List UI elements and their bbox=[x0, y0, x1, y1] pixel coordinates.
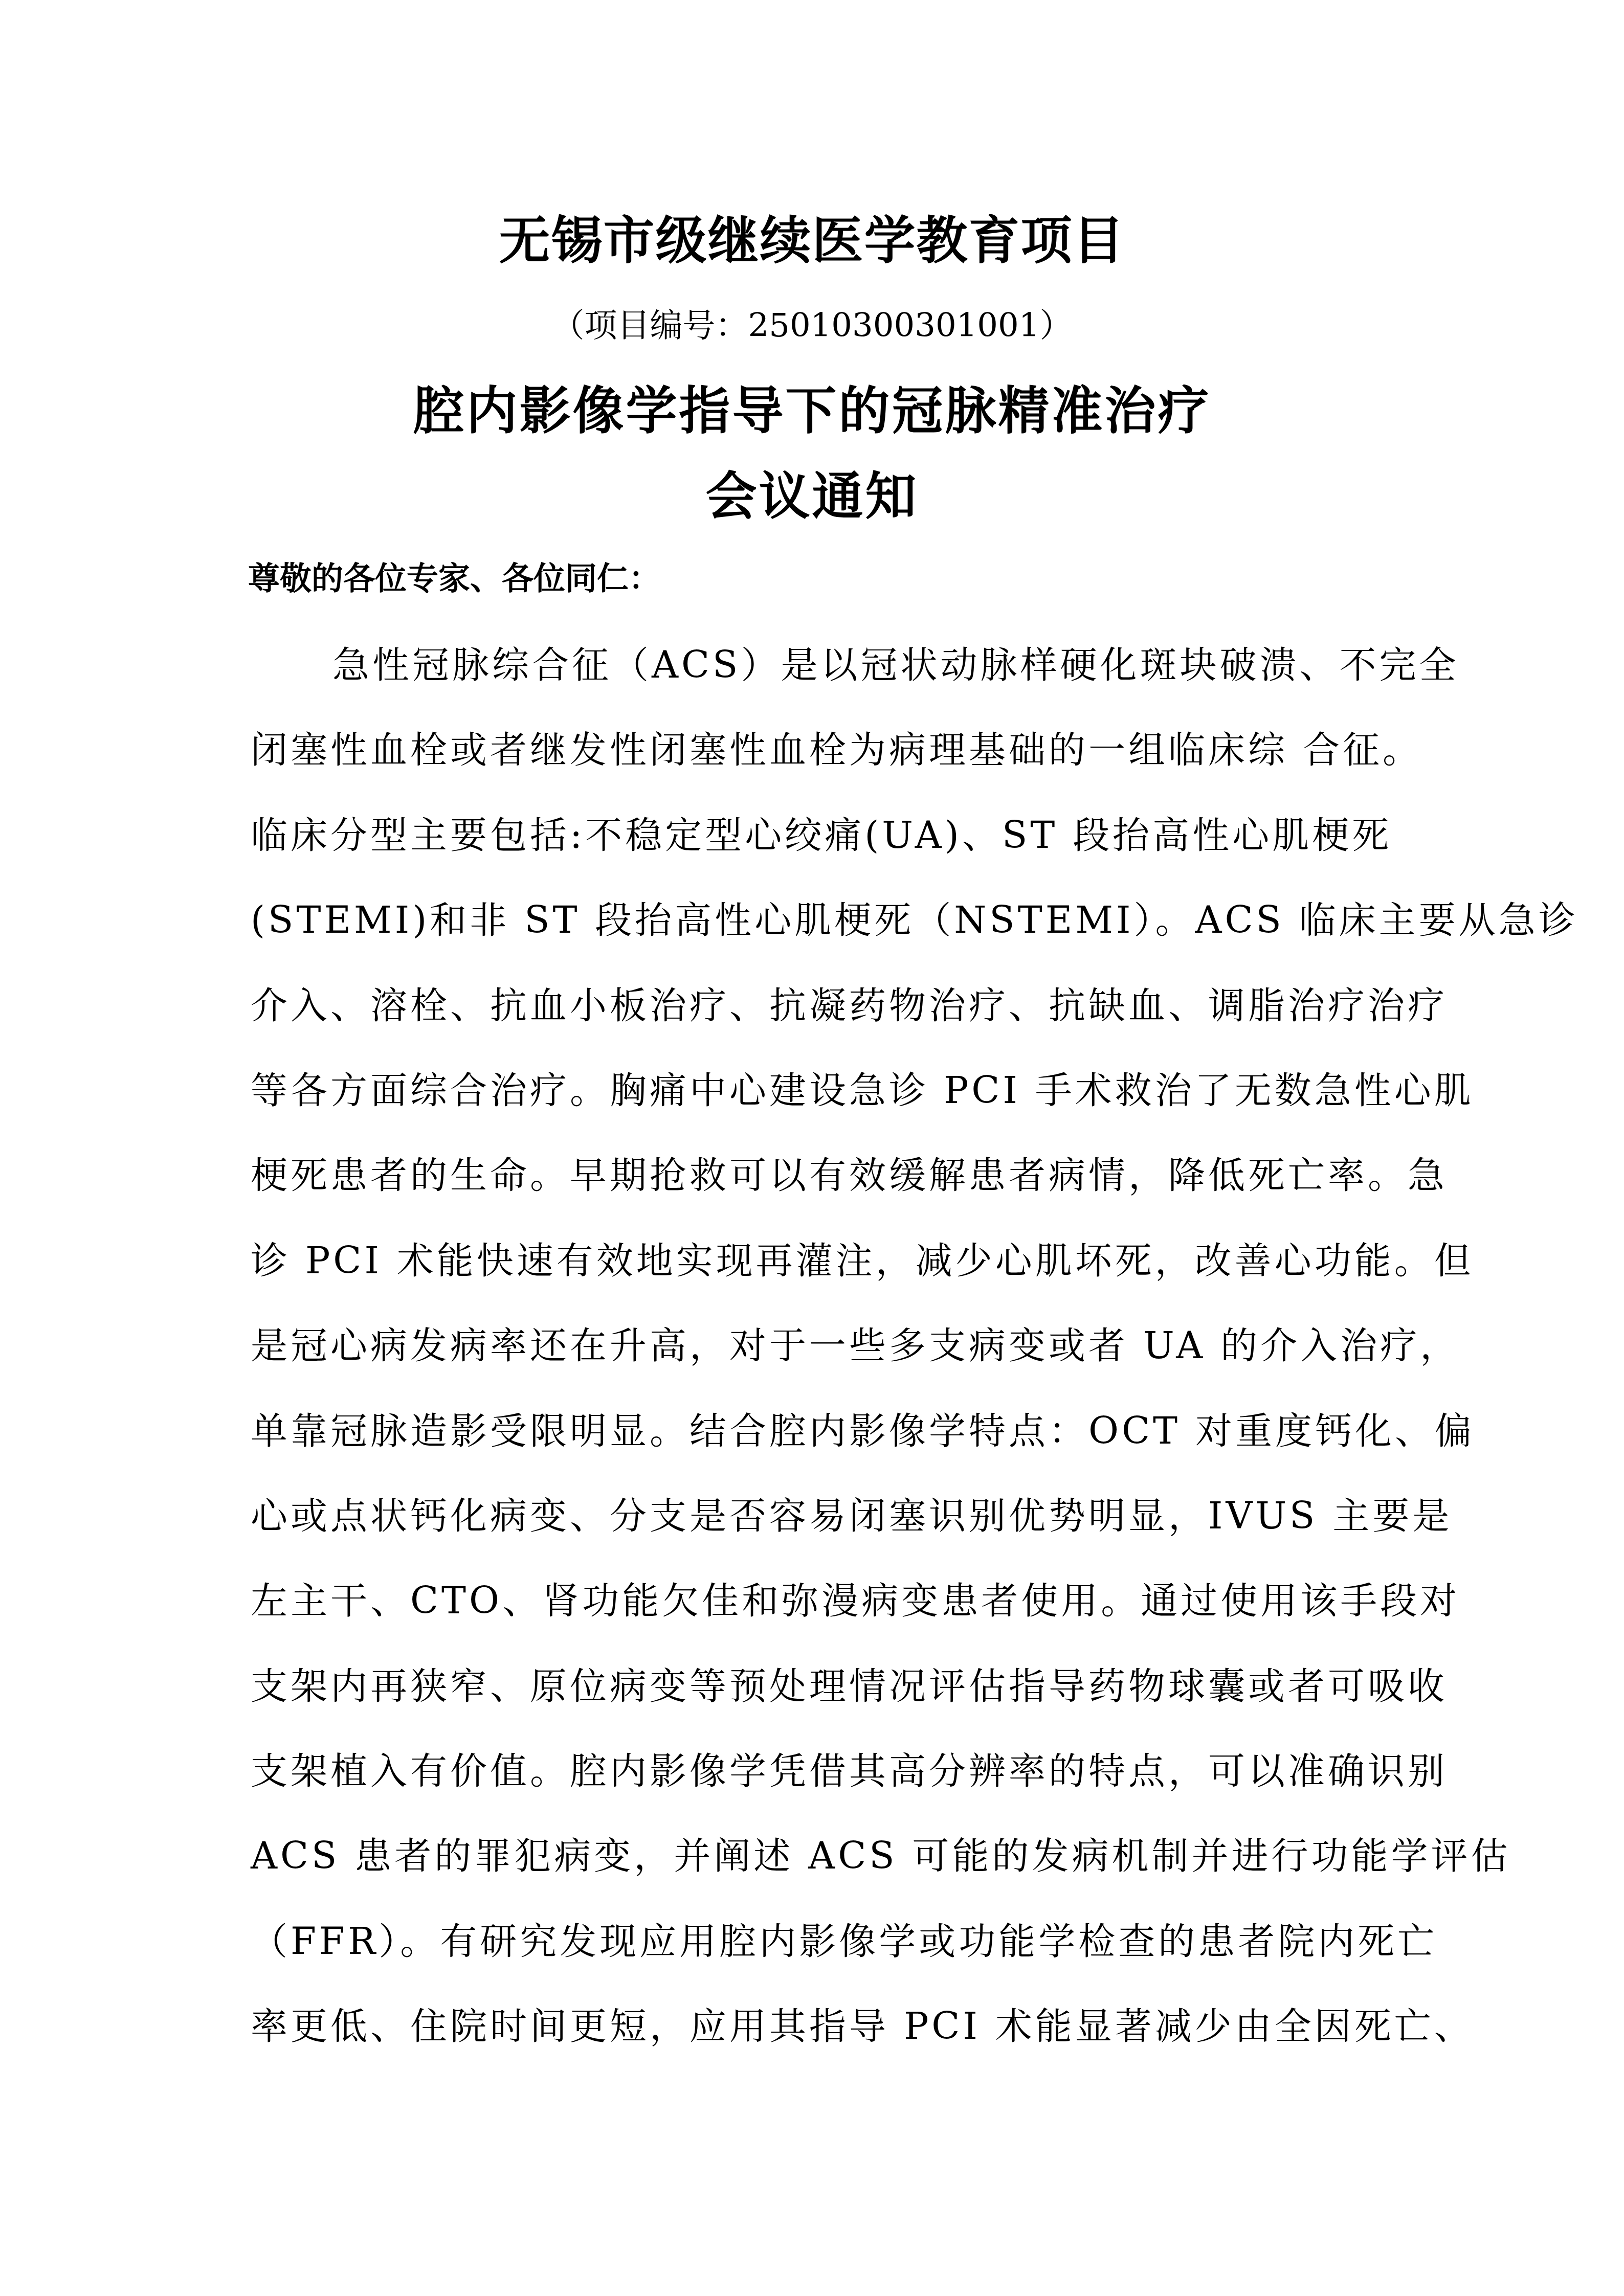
meeting-topic-title: 腔内影像学指导下的冠脉精准治疗 bbox=[0, 377, 1624, 444]
body-line: 介入、溶栓、抗血小板治疗、抗凝药物治疗、抗缺血、调脂治疗治疗 bbox=[251, 980, 1386, 1065]
project-code: （项目编号：25010300301001） bbox=[0, 303, 1624, 349]
body-line: 等各方面综合治疗。胸痛中心建设急诊 PCI 手术救治了无数急性心肌 bbox=[251, 1065, 1386, 1150]
body-paragraph: 急性冠脉综合征（ACS）是以冠状动脉样硬化斑块破溃、不完全 闭塞性血栓或者继发性… bbox=[251, 639, 1386, 2086]
body-line: 临床分型主要包括:不稳定型心绞痛(UA)、ST 段抬高性心肌梗死 bbox=[251, 809, 1386, 894]
body-line: （FFR）。有研究发现应用腔内影像学或功能学检查的患者院内死亡 bbox=[251, 1916, 1386, 2000]
notice-heading: 会议通知 bbox=[0, 463, 1624, 529]
salutation: 尊敬的各位专家、各位同仁： bbox=[248, 557, 660, 600]
document-page: 无锡市级继续医学教育项目 （项目编号：25010300301001） 腔内影像学… bbox=[0, 0, 1624, 2296]
body-line: 支架植入有价值。腔内影像学凭借其高分辨率的特点，可以准确识别 bbox=[251, 1745, 1386, 1830]
body-line: 心或点状钙化病变、分支是否容易闭塞识别优势明显，IVUS 主要是 bbox=[251, 1490, 1386, 1575]
body-line: 是冠心病发病率还在升高，对于一些多支病变或者 UA 的介入治疗， bbox=[251, 1320, 1386, 1405]
body-line: 急性冠脉综合征（ACS）是以冠状动脉样硬化斑块破溃、不完全 bbox=[251, 639, 1386, 724]
body-line: ACS 患者的罪犯病变，并阐述 ACS 可能的发病机制并进行功能学评估 bbox=[251, 1830, 1386, 1915]
body-line: 单靠冠脉造影受限明显。结合腔内影像学特点：OCT 对重度钙化、偏 bbox=[251, 1405, 1386, 1490]
body-line: 率更低、住院时间更短，应用其指导 PCI 术能显著减少由全因死亡、 bbox=[251, 2000, 1386, 2085]
document-title: 无锡市级继续医学教育项目 bbox=[0, 207, 1624, 274]
body-line: 诊 PCI 术能快速有效地实现再灌注，减少心肌坏死，改善心功能。但 bbox=[251, 1235, 1386, 1320]
body-line: 左主干、CTO、肾功能欠佳和弥漫病变患者使用。通过使用该手段对 bbox=[251, 1575, 1386, 1660]
body-line: (STEMI)和非 ST 段抬高性心肌梗死（NSTEMI）。ACS 临床主要从急… bbox=[251, 894, 1386, 979]
body-line: 支架内再狭窄、原位病变等预处理情况评估指导药物球囊或者可吸收 bbox=[251, 1660, 1386, 1745]
body-line: 梗死患者的生命。早期抢救可以有效缓解患者病情，降低死亡率。急 bbox=[251, 1150, 1386, 1234]
body-line: 闭塞性血栓或者继发性闭塞性血栓为病理基础的一组临床综 合征。 bbox=[251, 724, 1386, 809]
